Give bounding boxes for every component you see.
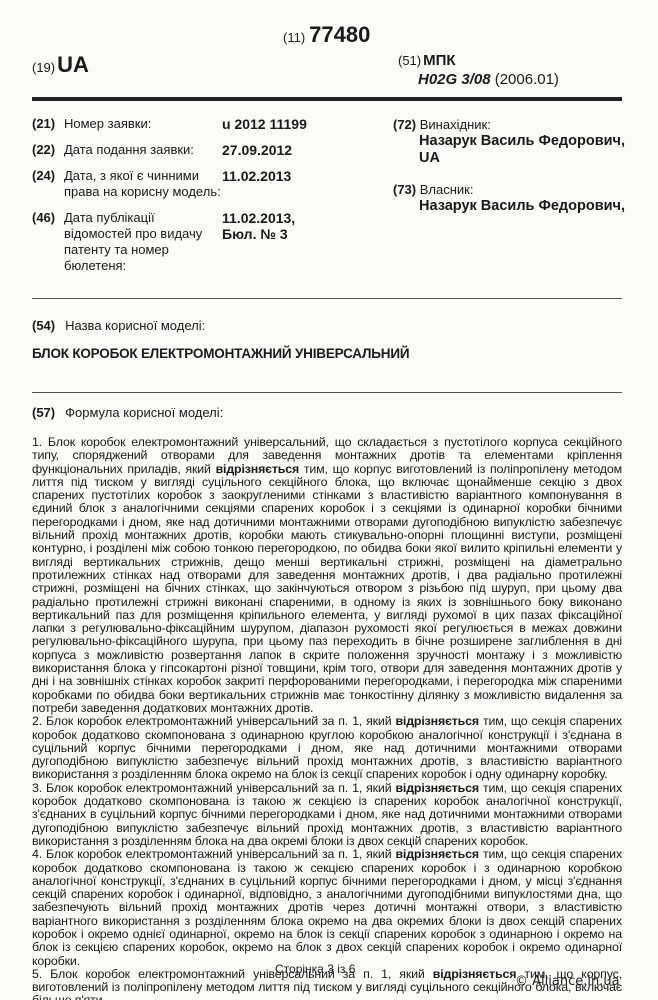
claim-keyword: відрізняється (395, 847, 479, 861)
bib-label: Дата подання заявки: (64, 142, 222, 158)
claim-keyword: відрізняється (395, 714, 479, 728)
bib-row: (46)Дата публікації відомостей про видач… (32, 210, 382, 274)
claim-text: тим, що корпус виготовлений із поліпропі… (32, 462, 622, 715)
claim: 1. Блок коробок електромонтажний універс… (32, 436, 622, 715)
bib-value: 27.09.2012 (222, 142, 292, 158)
page-number: Сторінка 3 із 6 (275, 962, 355, 976)
section-divider (32, 298, 622, 299)
header-divider (32, 97, 622, 101)
claim-text: 3. Блок коробок електромонтажний універс… (32, 781, 395, 795)
country-field: (19)UA (32, 52, 89, 78)
section-label: Формула корисної моделі: (65, 405, 223, 420)
bib-label: Дата, з якої є чинними права на корисну … (64, 168, 222, 200)
party-code: (72) (393, 117, 416, 132)
bib-row: (21)Номер заявки:u 2012 11199 (32, 116, 382, 132)
owner: (73) Власник:Назарук Василь Федорович, (393, 181, 643, 215)
bib-code: (24) (32, 168, 64, 200)
bib-value: 11.02.2013 (222, 168, 291, 200)
claims-section-heading: (57)Формула корисної моделі: (32, 405, 223, 420)
section-code: (54) (32, 318, 55, 333)
claim: 2. Блок коробок електромонтажний універс… (32, 715, 622, 781)
claim-text: 2. Блок коробок електромонтажний універс… (32, 714, 395, 728)
country-code: (19) (32, 60, 55, 75)
bib-row: (24)Дата, з якої є чинними права на кори… (32, 168, 382, 200)
title-section-heading: (54)Назва корисної моделі: (32, 318, 205, 333)
party-label: Винахідник: (420, 117, 491, 132)
claim-keyword: відрізняється (395, 781, 479, 795)
claim-text: 5. Блок коробок електромонтажний універс… (32, 967, 433, 981)
section-label: Назва корисної моделі: (65, 318, 205, 333)
bib-code: (46) (32, 210, 64, 274)
country-value: UA (57, 52, 89, 77)
party-label: Власник: (420, 182, 474, 197)
bib-row: (22)Дата подання заявки:27.09.2012 (32, 142, 382, 158)
party-value: Назарук Василь Федорович, (393, 198, 643, 215)
section-divider (32, 392, 622, 393)
party-code: (73) (393, 182, 416, 197)
claim: 4. Блок коробок електромонтажний універс… (32, 848, 622, 968)
ipc-field: (51)МПК (398, 52, 456, 69)
ipc-version: (2006.01) (495, 71, 559, 88)
pub-number-value: 77480 (309, 22, 370, 47)
claim-text: тим, що секція спарених коробок додатков… (32, 847, 622, 967)
bib-label: Номер заявки: (64, 116, 222, 132)
parties: (72) Винахідник:Назарук Василь Федорович… (393, 116, 643, 229)
bib-value: 11.02.2013, Бюл. № 3 (222, 210, 332, 274)
watermark: © Alliance.in.ua (515, 974, 620, 989)
utility-model-title: БЛОК КОРОБОК ЕЛЕКТРОМОНТАЖНИЙ УНІВЕРСАЛЬ… (32, 346, 409, 361)
bib-value: u 2012 11199 (222, 116, 307, 132)
bib-label: Дата публікації відомостей про видачу па… (64, 210, 222, 274)
claims-body: 1. Блок коробок електромонтажний універс… (32, 436, 622, 1000)
ipc-class: H02G 3/08 (418, 71, 491, 88)
bibliographic-data: (21)Номер заявки:u 2012 11199 (22)Дата п… (32, 116, 382, 284)
bib-code: (22) (32, 142, 64, 158)
publication-number: (11)77480 (283, 22, 370, 48)
claim-keyword: відрізняється (433, 967, 517, 981)
ipc-label: МПК (423, 52, 455, 69)
pub-code: (11) (283, 30, 305, 45)
party-value: Назарук Василь Федорович, UA (393, 133, 643, 167)
inventor: (72) Винахідник:Назарук Василь Федорович… (393, 116, 643, 167)
ipc-code: (51) (398, 53, 421, 68)
claim: 3. Блок коробок електромонтажний універс… (32, 782, 622, 848)
ipc-classification: H02G 3/08 (2006.01) (418, 71, 559, 88)
claim-text: 4. Блок коробок електромонтажний універс… (32, 847, 395, 861)
claim-keyword: відрізняється (216, 462, 300, 476)
bib-code: (21) (32, 116, 64, 132)
section-code: (57) (32, 405, 55, 420)
